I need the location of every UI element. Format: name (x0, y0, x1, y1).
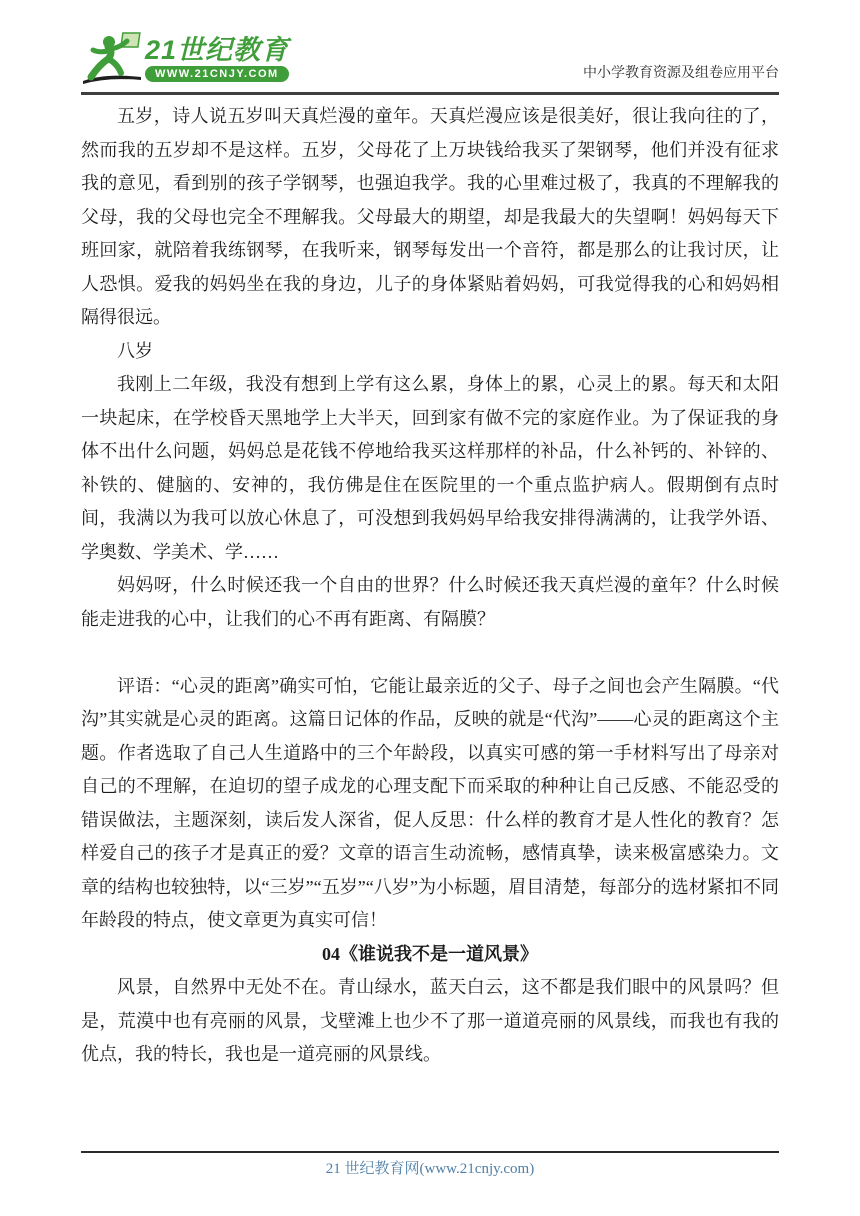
brand-text-block: 21世纪教育 WWW.21CNJY.COM (145, 36, 289, 82)
runner-with-book-icon (81, 32, 143, 86)
paragraph-mother-plea: 妈妈呀，什么时候还我一个自由的世界？什么时候还我天真烂漫的童年？什么时候能走进我… (81, 569, 779, 636)
paragraph-second-grade: 我刚上二年级，我没有想到上学有这么累，身体上的累，心灵上的累。每天和太阳一块起床… (81, 368, 779, 569)
brand-site-band: WWW.21CNJY.COM (145, 66, 289, 82)
footer-site-label: 21 世纪教育网(www.21cnjy.com) (326, 1161, 534, 1177)
platform-label: 中小学教育资源及组卷应用平台 (583, 64, 779, 86)
paragraph-scenery-intro: 风景，自然界中无处不在。青山绿水，蓝天白云，这不都是我们眼中的风景吗？但是，荒漠… (81, 971, 779, 1072)
paragraph-eight-heading: 八岁 (81, 335, 779, 369)
teacher-comment-paragraph: 评语：“心灵的距离”确实可怕，它能让最亲近的父子、母子之间也会产生隔膜。“代沟”… (81, 670, 779, 938)
section-title: 04《谁说我不是一道风景》 (81, 938, 779, 972)
document-body: 五岁，诗人说五岁叫天真烂漫的童年。天真烂漫应该是很美好，很让我向往的了，然而我的… (81, 100, 779, 1072)
page-header: 21世纪教育 WWW.21CNJY.COM 中小学教育资源及组卷应用平台 (81, 30, 779, 95)
brand-logo: 21世纪教育 WWW.21CNJY.COM (81, 32, 289, 86)
paragraph-five-years-old: 五岁，诗人说五岁叫天真烂漫的童年。天真烂漫应该是很美好，很让我向往的了，然而我的… (81, 100, 779, 335)
page-footer: 21 世纪教育网(www.21cnjy.com) (81, 1151, 779, 1179)
document-page: 21世纪教育 WWW.21CNJY.COM 中小学教育资源及组卷应用平台 五岁，… (0, 0, 860, 1216)
brand-name: 21世纪教育 (145, 36, 289, 64)
